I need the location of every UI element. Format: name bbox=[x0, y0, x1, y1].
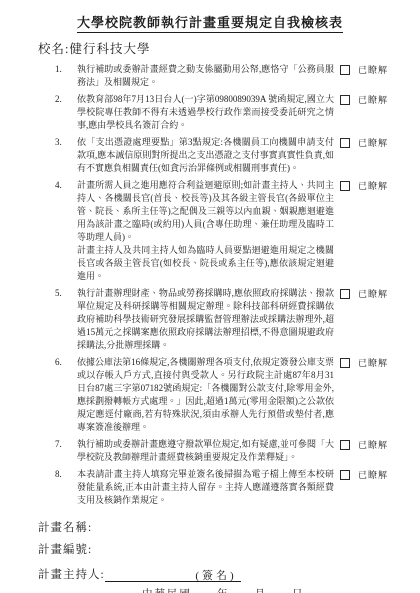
checklist: 1. 執行補助或委辦計畫經費之動支係屬動用公帑,應恪守「公務員服務法」及相關規定… bbox=[38, 63, 382, 507]
item-text: 依教育部98年7月13日台人(一)字第0980089039A 號函規定,國立大學… bbox=[77, 93, 334, 132]
checkbox-icon[interactable] bbox=[340, 138, 350, 148]
checkbox-icon[interactable] bbox=[340, 440, 350, 450]
checklist-item-2: 2. 依教育部98年7月13日台人(一)字第0980089039A 號函規定,國… bbox=[38, 93, 382, 132]
item-paragraph: 執行補助或委辦計畫經費之動支係屬動用公帑,應恪守「公務員服務法」及相關規定。 bbox=[77, 63, 334, 89]
signature-line[interactable]: (簽名) bbox=[105, 567, 241, 582]
item-paragraph: 依據公庫法第16條規定,各機關辦理各項支付,依規定簽發公庫支票或以存帳入戶方式,… bbox=[77, 356, 334, 434]
ack-label: 已瞭解 bbox=[358, 64, 388, 77]
ack-group: 已瞭解 bbox=[340, 63, 388, 77]
item-text: 執行補助或委辦計畫應遵守撥款單位規定,如有疑慮,並可參閱「大學校院及教師辦理計畫… bbox=[77, 438, 334, 464]
ack-label: 已瞭解 bbox=[358, 357, 388, 370]
school-label: 校名: bbox=[38, 42, 69, 56]
ack-label: 已瞭解 bbox=[358, 137, 388, 150]
item-paragraph: 本表請計畫主持人填寫完畢並簽名後掃描為電子檔上傳至本校研發能量系統,正本由計畫主… bbox=[77, 468, 334, 507]
item-text: 執行補助或委辦計畫經費之動支係屬動用公帑,應恪守「公務員服務法」及相關規定。 bbox=[77, 63, 334, 89]
school-name-line: 校名:健行科技大學 bbox=[38, 39, 382, 57]
signature-section: 計畫名稱: 計畫編號: 計畫主持人:(簽名) 中華民國 年 月 日 bbox=[38, 519, 382, 593]
ack-group: 已瞭解 bbox=[340, 93, 388, 107]
item-number: 4. bbox=[38, 179, 77, 192]
pi-label: 計畫主持人: bbox=[38, 569, 105, 581]
title-row: 大學校院教師執行計畫重要規定自我檢核表 bbox=[38, 12, 382, 33]
ack-label: 已瞭解 bbox=[358, 288, 388, 301]
item-number: 2. bbox=[38, 93, 77, 106]
item-paragraph: 依教育部98年7月13日台人(一)字第0980089039A 號函規定,國立大學… bbox=[77, 93, 334, 132]
ack-group: 已瞭解 bbox=[340, 136, 388, 150]
item-paragraph: 計畫所需人員之進用應符合利益迴避原則;如計畫主持人、共同主持人、各機關長官(首長… bbox=[77, 179, 334, 244]
ack-group: 已瞭解 bbox=[340, 468, 388, 482]
ack-label: 已瞭解 bbox=[358, 94, 388, 107]
checkbox-icon[interactable] bbox=[340, 181, 350, 191]
item-paragraph: 計畫主持人及共同主持人如為臨時人員要點迴避進用規定之機關長官或各級主管長官(如校… bbox=[77, 244, 334, 283]
item-text: 計畫所需人員之進用應符合利益迴避原則;如計畫主持人、共同主持人、各機關長官(首長… bbox=[77, 179, 334, 283]
item-text: 本表請計畫主持人填寫完畢並簽名後掃描為電子檔上傳至本校研發能量系統,正本由計畫主… bbox=[77, 468, 334, 507]
item-paragraph: 執行補助或委辦計畫應遵守撥款單位規定,如有疑慮,並可參閱「大學校院及教師辦理計畫… bbox=[77, 438, 334, 464]
item-text: 依「支出憑證處理要點」第3點規定:各機關員工向機關申請支付款項,應本誠信原則對所… bbox=[77, 136, 334, 175]
pi-signature-row: 計畫主持人:(簽名) bbox=[38, 566, 382, 582]
item-number: 6. bbox=[38, 356, 77, 369]
project-name-label: 計畫名稱: bbox=[38, 519, 382, 535]
item-paragraph: 執行計畫辦理財產、物品或勞務採購時,應依照政府採購法、撥款單位規定及科研採購等相… bbox=[77, 287, 334, 352]
ack-label: 已瞭解 bbox=[358, 469, 388, 482]
project-number-label: 計畫編號: bbox=[38, 541, 382, 557]
checklist-item-8: 8. 本表請計畫主持人填寫完畢並簽名後掃描為電子檔上傳至本校研發能量系統,正本由… bbox=[38, 468, 382, 507]
ack-group: 已瞭解 bbox=[340, 356, 388, 370]
checklist-item-6: 6. 依據公庫法第16條規定,各機關辦理各項支付,依規定簽發公庫支票或以存帳入戶… bbox=[38, 356, 382, 434]
page-title: 大學校院教師執行計畫重要規定自我檢核表 bbox=[77, 12, 343, 33]
item-paragraph: 依「支出憑證處理要點」第3點規定:各機關員工向機關申請支付款項,應本誠信原則對所… bbox=[77, 136, 334, 175]
checklist-item-5: 5. 執行計畫辦理財產、物品或勞務採購時,應依照政府採購法、撥款單位規定及科研採… bbox=[38, 287, 382, 352]
school-name: 健行科技大學 bbox=[69, 42, 150, 56]
document-page: 大學校院教師執行計畫重要規定自我檢核表 校名:健行科技大學 1. 執行補助或委辦… bbox=[0, 0, 420, 593]
item-number: 5. bbox=[38, 287, 77, 300]
checklist-item-4: 4. 計畫所需人員之進用應符合利益迴避原則;如計畫主持人、共同主持人、各機關長官… bbox=[38, 179, 382, 283]
roc-date-line: 中華民國 年 月 日 bbox=[142, 586, 382, 593]
item-number: 1. bbox=[38, 63, 77, 76]
item-number: 7. bbox=[38, 438, 77, 451]
item-number: 3. bbox=[38, 136, 77, 149]
checkbox-icon[interactable] bbox=[340, 95, 350, 105]
checkbox-icon[interactable] bbox=[340, 65, 350, 75]
ack-group: 已瞭解 bbox=[340, 179, 388, 193]
ack-label: 已瞭解 bbox=[358, 180, 388, 193]
ack-label: 已瞭解 bbox=[358, 439, 388, 452]
checkbox-icon[interactable] bbox=[340, 358, 350, 368]
signature-hint-label: (簽名) bbox=[195, 570, 236, 582]
item-text: 執行計畫辦理財產、物品或勞務採購時,應依照政府採購法、撥款單位規定及科研採購等相… bbox=[77, 287, 334, 352]
checklist-item-7: 7. 執行補助或委辦計畫應遵守撥款單位規定,如有疑慮,並可參閱「大學校院及教師辦… bbox=[38, 438, 382, 464]
ack-group: 已瞭解 bbox=[340, 287, 388, 301]
checkbox-icon[interactable] bbox=[340, 289, 350, 299]
ack-group: 已瞭解 bbox=[340, 438, 388, 452]
item-text: 依據公庫法第16條規定,各機關辦理各項支付,依規定簽發公庫支票或以存帳入戶方式,… bbox=[77, 356, 334, 434]
checkbox-icon[interactable] bbox=[340, 470, 350, 480]
checklist-item-1: 1. 執行補助或委辦計畫經費之動支係屬動用公帑,應恪守「公務員服務法」及相關規定… bbox=[38, 63, 382, 89]
item-number: 8. bbox=[38, 468, 77, 481]
checklist-item-3: 3. 依「支出憑證處理要點」第3點規定:各機關員工向機關申請支付款項,應本誠信原… bbox=[38, 136, 382, 175]
